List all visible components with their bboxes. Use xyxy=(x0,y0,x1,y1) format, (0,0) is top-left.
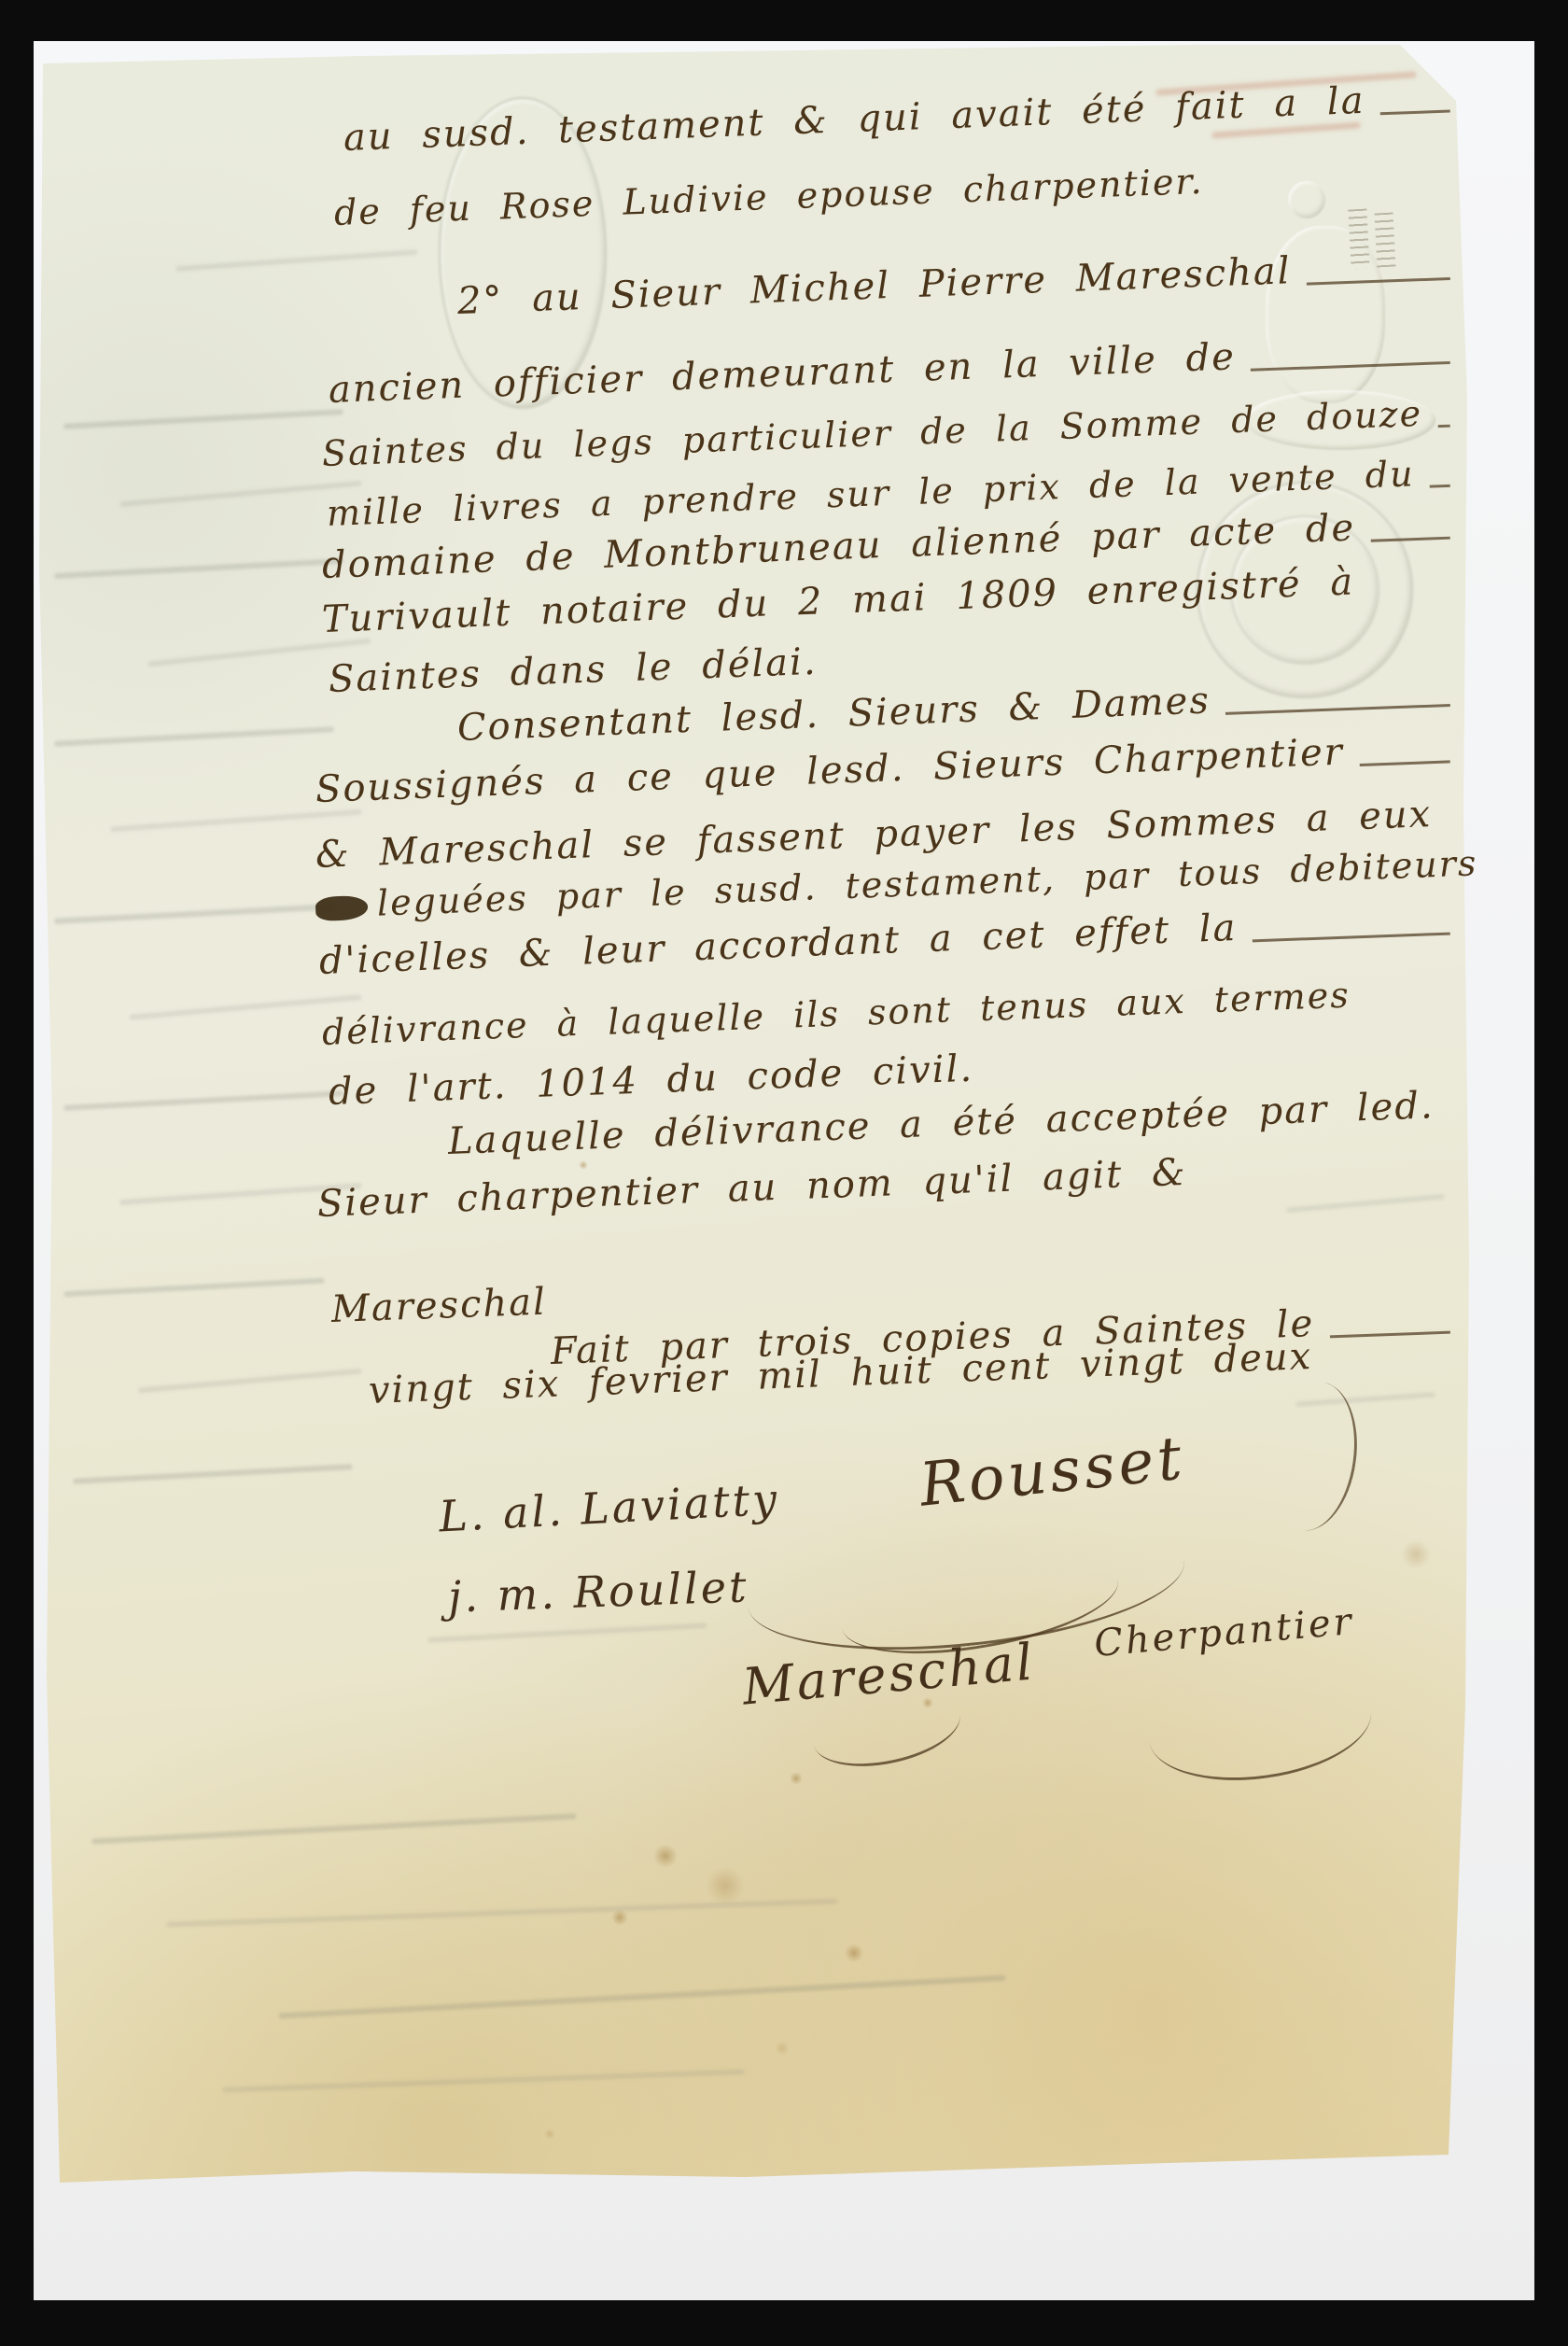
bleedthrough-stroke xyxy=(91,1813,577,1844)
bleedthrough-stroke xyxy=(54,726,334,747)
ink-rule xyxy=(1359,760,1449,766)
ink-rule xyxy=(1371,537,1450,542)
stain-spot xyxy=(611,1909,628,1926)
bleedthrough-stroke xyxy=(63,1278,325,1298)
stain-spot xyxy=(544,2128,555,2140)
ink-rule xyxy=(1253,933,1450,943)
bleedthrough-stroke xyxy=(54,904,334,924)
ink-rule xyxy=(1380,110,1450,116)
bleedthrough-stroke xyxy=(278,1975,1005,2019)
embossed-stamp-figure-head xyxy=(1288,181,1325,218)
bleedthrough-stroke xyxy=(222,2069,745,2093)
ink-rule xyxy=(1430,485,1450,488)
stain-spot xyxy=(705,1867,746,1904)
ink-rule xyxy=(1438,425,1450,428)
bleedthrough-stroke xyxy=(73,1464,353,1484)
bleedthrough-stroke xyxy=(175,249,418,272)
stain-spot xyxy=(775,2041,790,2056)
ink-rule xyxy=(1251,361,1450,372)
ink-rule xyxy=(1307,277,1450,286)
stain-spot xyxy=(790,1772,803,1785)
bleedthrough-stroke xyxy=(427,1623,707,1643)
ink-rule xyxy=(1225,704,1450,715)
bleedthrough-stroke xyxy=(1286,1194,1445,1214)
stain-spot xyxy=(1400,1540,1432,1568)
bleedthrough-stroke xyxy=(54,558,343,579)
bleedthrough-stroke xyxy=(138,1369,362,1394)
ink-blot xyxy=(315,894,369,920)
stain-spot xyxy=(653,1844,678,1868)
photo-frame: au susd. testament & qui avait été fait … xyxy=(0,0,1568,2346)
signature-roullet: j. m. Roullet xyxy=(447,1561,749,1622)
bleedthrough-stroke xyxy=(166,1898,838,1927)
stain-spot xyxy=(845,1944,863,1962)
manuscript-line: Mareschal xyxy=(330,1276,548,1336)
bleedthrough-stroke xyxy=(63,1090,343,1111)
ink-rule xyxy=(1330,1331,1450,1339)
bleedthrough-stroke xyxy=(63,409,343,429)
